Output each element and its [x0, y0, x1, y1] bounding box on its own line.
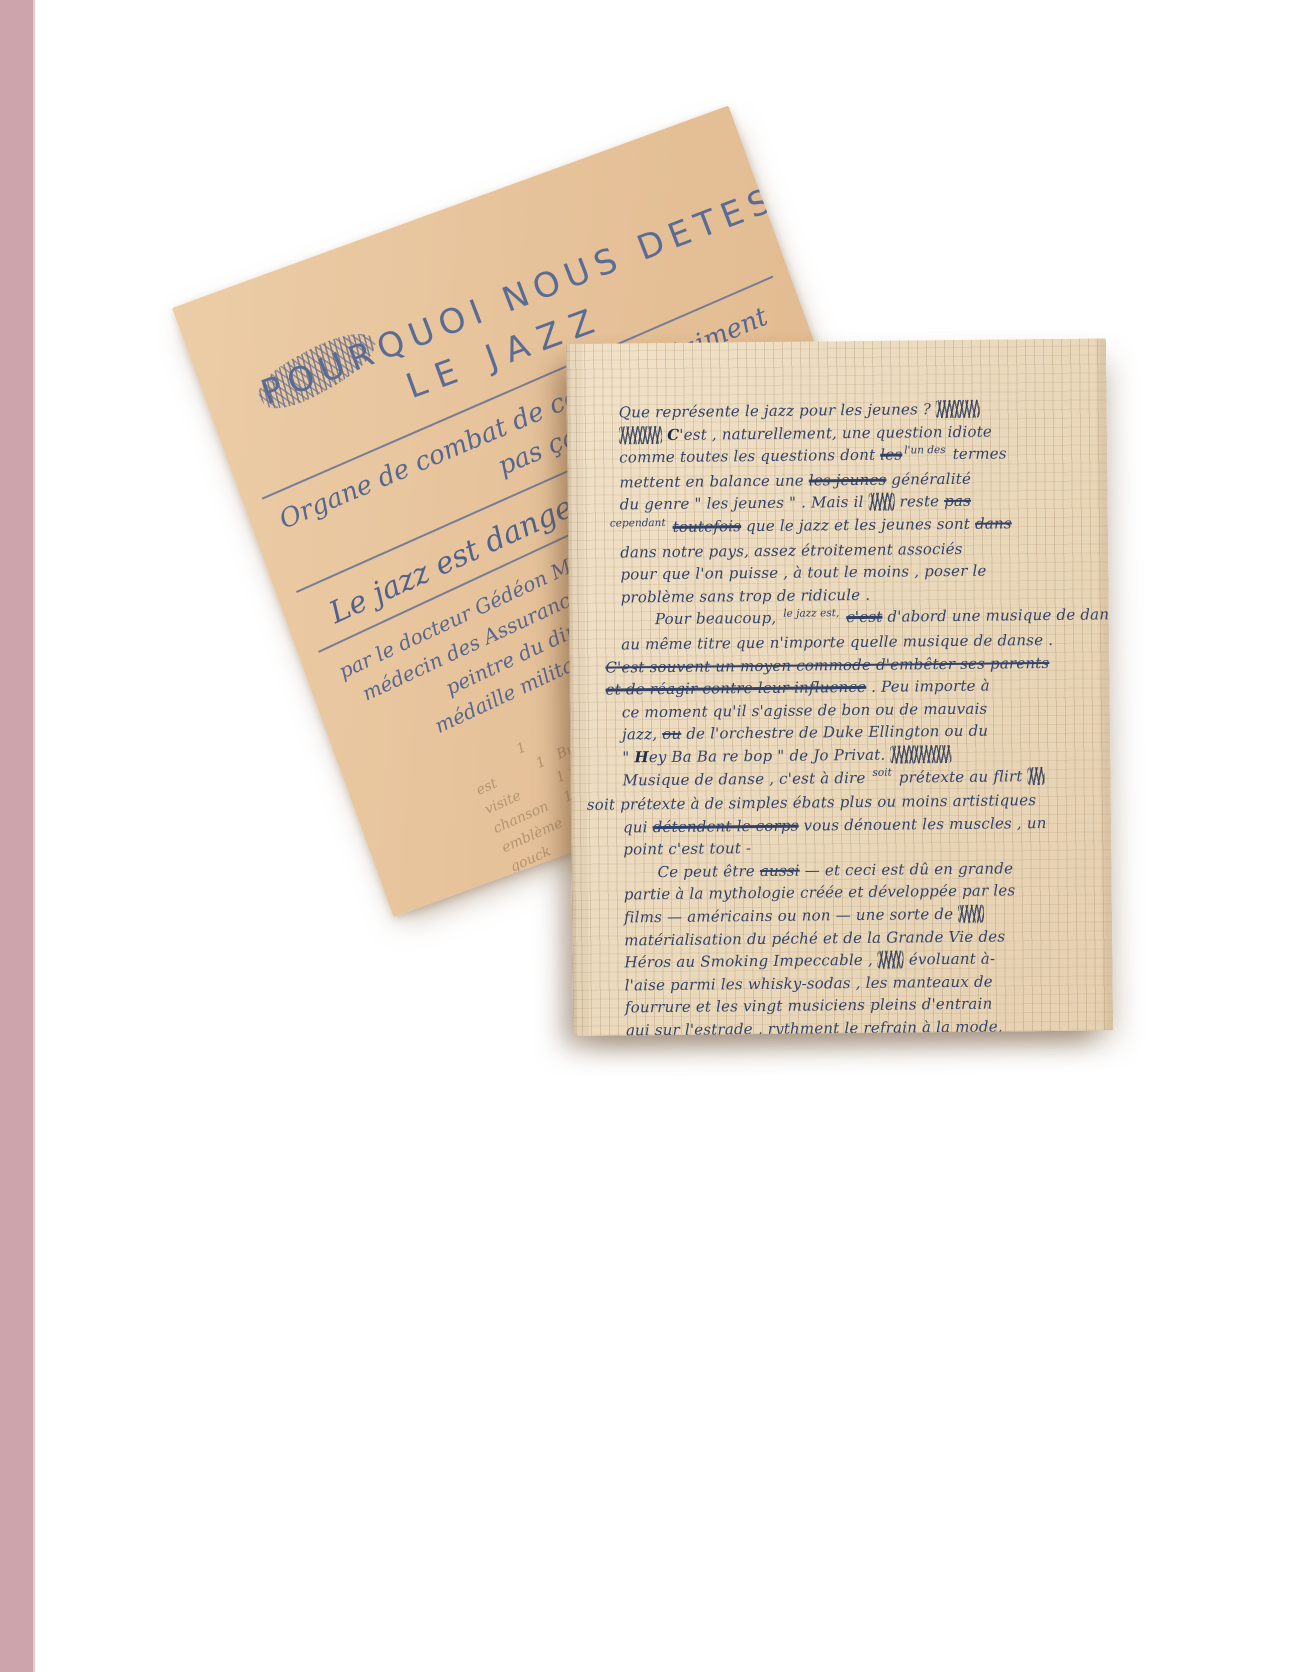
manuscript-text-segment: fourrure et les vingt musiciens pleins d…: [625, 995, 993, 1017]
manuscript-text-segment: détendent le corps: [653, 816, 799, 836]
manuscript-text-segment: et de réagir contre leur influence: [606, 678, 867, 699]
manuscript-text-segment: l'un des: [904, 439, 946, 462]
ink-scribble: xxx: [869, 493, 895, 511]
manuscript-text-segment: termes: [948, 445, 1007, 464]
manuscript-text-segment: Pour beaucoup,: [655, 609, 782, 628]
manuscript-text-segment: H: [634, 748, 649, 766]
manuscript-text-segment: c'est: [846, 608, 882, 626]
manuscript-text-segment: ": [622, 748, 634, 766]
manuscript-text-segment: C'est souvent un moyen commode d'embêter…: [605, 653, 1049, 676]
manuscript-text-segment: comme toutes les questions dont: [619, 446, 880, 467]
manuscript-text-segment: — et ceci est dû en grande: [800, 859, 1014, 879]
manuscript-text-segment: cependant: [610, 512, 666, 535]
ink-scribble: xxxxx: [619, 426, 662, 444]
manuscript-text-segment: pas: [944, 492, 971, 510]
manuscript-text-segment: qui: [623, 818, 653, 836]
manuscript-page: Que représente le jazz pour les jeunes ?…: [566, 338, 1113, 1036]
manuscript-text-segment: pour que l'on puisse , à tout le moins ,…: [620, 562, 986, 584]
manuscript-text-segment: généralité: [886, 470, 971, 489]
manuscript-text-segment: ou: [662, 725, 681, 743]
manuscript-text-segment: de l'orchestre de Duke Ellington ou du: [681, 722, 988, 743]
manuscript-text-segment: matérialisation du péché et de la Grande…: [624, 927, 1005, 949]
manuscript-text-segment: prétexte au flirt: [894, 767, 1028, 786]
manuscript-text-segment: les jeunes: [809, 470, 887, 489]
ink-scribble: xxxxx: [936, 400, 979, 418]
manuscript-text-segment: vous dénouent les muscles , un: [799, 814, 1047, 835]
manuscript-text-segment: Que représente le jazz pour les jeunes ?: [619, 400, 937, 421]
ink-scribble: xxx: [958, 905, 984, 923]
manuscript-text-segment: dans: [975, 514, 1012, 532]
ink-scribble: xx: [1027, 767, 1045, 785]
manuscript-text-segment: reste: [894, 492, 944, 511]
manuscript-text-segment: toutefois: [673, 517, 742, 536]
manuscript-text-segment: qui sur l'estrade , rythment le refrain …: [625, 1017, 1003, 1035]
pink-edge-stripe: [0, 0, 37, 1672]
manuscript-text-segment: mettent en balance une: [619, 471, 809, 491]
manuscript-text-segment: aussi: [760, 861, 800, 879]
manuscript-text-segment: d'abord une musique de danse: [882, 605, 1113, 626]
manuscript-text-segment: l'aise parmi les whisky-sodas , les mant…: [625, 972, 993, 994]
manuscript-text-segment: dans notre pays, assez étroitement assoc…: [620, 539, 963, 561]
manuscript-text-segment: . Peu importe à: [866, 677, 990, 696]
manuscript-text-segment: ce moment qu'il s'agisse de bon ou de ma…: [622, 699, 988, 721]
manuscript-text-segment: que le jazz et les jeunes sont: [741, 515, 975, 535]
ink-scribble: xxx: [878, 951, 904, 969]
manuscript-text-segment: point c'est tout -: [623, 839, 751, 858]
manuscript-text-segment: Héros au Smoking Impeccable ,: [624, 951, 878, 972]
manuscript-text-segment: soit prétexte à de simples ébats plus ou…: [587, 791, 1037, 814]
manuscript-text-segment: partie à la mythologie créée et développ…: [624, 882, 1016, 904]
manuscript-text-segment: les: [880, 446, 902, 464]
manuscript-text-segment: films — américains ou non — une sorte de: [624, 905, 958, 926]
manuscript-text-segment: Ce peut être: [657, 862, 760, 881]
manuscript-text-segment: soit: [872, 762, 892, 785]
manuscript-text-segment: du genre " les jeunes " . Mais il: [620, 493, 869, 514]
ink-scribble: xxxxxxx: [890, 745, 951, 764]
manuscript-text-segment: au même titre que n'importe quelle musiq…: [621, 631, 1053, 654]
manuscript-text-segment: le jazz est,: [783, 602, 839, 625]
manuscript-text-segment: ey Ba Ba re bop " de Jo Privat.: [649, 746, 891, 767]
photo-background: POURQUOI NOUS DETESTONS LE JAZZ Organe d…: [0, 0, 1301, 1672]
manuscript-text-segment: C: [667, 425, 679, 443]
manuscript-text-segment: jazz,: [622, 725, 662, 743]
manuscript-text-segment: Musique de danse , c'est à dire: [622, 768, 870, 789]
manuscript-text: Que représente le jazz pour les jeunes ?…: [566, 338, 1113, 1036]
manuscript-text-segment: évoluant à-: [904, 950, 996, 969]
